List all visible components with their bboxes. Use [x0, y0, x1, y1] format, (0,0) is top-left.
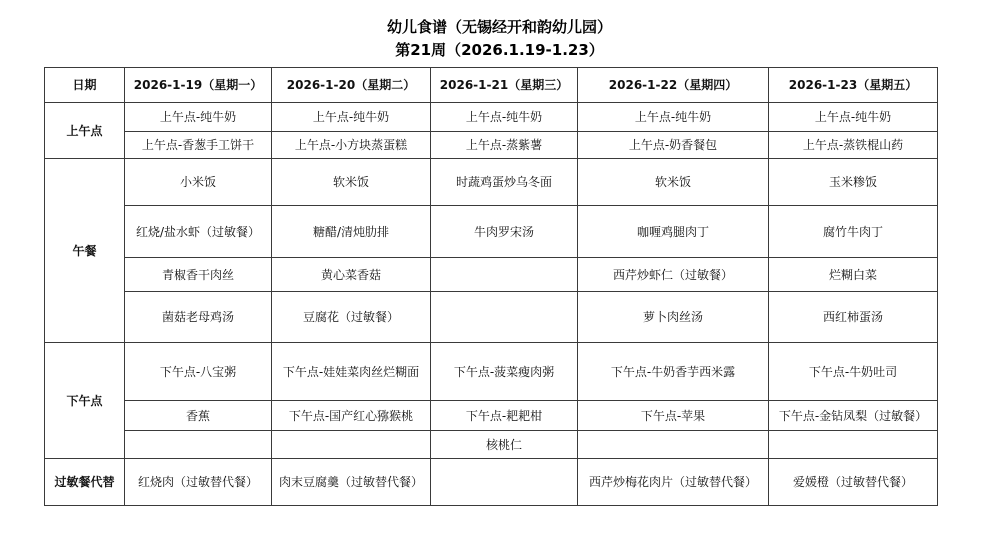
- menu-cell: 下午点-牛奶吐司: [769, 343, 938, 401]
- table-row: 核桃仁: [45, 431, 938, 459]
- day-header-fri: 2026-1-23（星期五）: [769, 68, 938, 103]
- week-subtitle: 第21周（2026.1.19-1.23）: [0, 40, 999, 60]
- menu-cell: [431, 459, 578, 506]
- table-row: 午餐 小米饭 软米饭 时蔬鸡蛋炒乌冬面 软米饭 玉米糁饭: [45, 159, 938, 206]
- menu-cell: 糖醋/清炖肋排: [272, 206, 431, 258]
- menu-cell: 下午点-苹果: [578, 401, 769, 431]
- table-row: 青椒香干肉丝 黄心菜香菇 西芹炒虾仁（过敏餐） 烂糊白菜: [45, 258, 938, 292]
- menu-cell: 西红柿蛋汤: [769, 292, 938, 343]
- date-header: 日期: [45, 68, 125, 103]
- menu-title: 幼儿食谱（无锡经开和韵幼儿园）: [0, 17, 999, 37]
- header-row: 日期 2026-1-19（星期一） 2026-1-20（星期二） 2026-1-…: [45, 68, 938, 103]
- menu-cell: 上午点-纯牛奶: [578, 103, 769, 132]
- menu-cell: 黄心菜香菇: [272, 258, 431, 292]
- day-header-wed: 2026-1-21（星期三）: [431, 68, 578, 103]
- menu-cell: 玉米糁饭: [769, 159, 938, 206]
- menu-cell: 时蔬鸡蛋炒乌冬面: [431, 159, 578, 206]
- menu-cell: 小米饭: [125, 159, 272, 206]
- section-label-allergy-substitute: 过敏餐代替: [45, 459, 125, 506]
- menu-cell: [578, 431, 769, 459]
- menu-cell: [272, 431, 431, 459]
- table-row: 上午点-香葱手工饼干 上午点-小方块蒸蛋糕 上午点-蒸紫薯 上午点-奶香餐包 上…: [45, 132, 938, 159]
- table-row: 红烧/盐水虾（过敏餐） 糖醋/清炖肋排 牛肉罗宋汤 咖喱鸡腿肉丁 腐竹牛肉丁: [45, 206, 938, 258]
- table-row: 菌菇老母鸡汤 豆腐花（过敏餐） 萝卜肉丝汤 西红柿蛋汤: [45, 292, 938, 343]
- menu-cell: 下午点-娃娃菜肉丝烂糊面: [272, 343, 431, 401]
- section-label-afternoon-snack: 下午点: [45, 343, 125, 459]
- weekly-menu-table: 日期 2026-1-19（星期一） 2026-1-20（星期二） 2026-1-…: [44, 67, 938, 506]
- menu-cell: 下午点-八宝粥: [125, 343, 272, 401]
- menu-cell: 肉末豆腐羹（过敏替代餐）: [272, 459, 431, 506]
- menu-cell: 上午点-香葱手工饼干: [125, 132, 272, 159]
- menu-cell: 红烧肉（过敏替代餐）: [125, 459, 272, 506]
- menu-cell: 香蕉: [125, 401, 272, 431]
- menu-cell: 软米饭: [578, 159, 769, 206]
- menu-cell: 上午点-纯牛奶: [125, 103, 272, 132]
- menu-cell: [431, 258, 578, 292]
- section-label-morning-snack: 上午点: [45, 103, 125, 159]
- menu-cell: 下午点-菠菜瘦肉粥: [431, 343, 578, 401]
- menu-cell: 上午点-小方块蒸蛋糕: [272, 132, 431, 159]
- day-header-mon: 2026-1-19（星期一）: [125, 68, 272, 103]
- menu-cell: 爱媛橙（过敏替代餐）: [769, 459, 938, 506]
- menu-cell: 牛肉罗宋汤: [431, 206, 578, 258]
- menu-cell: [431, 292, 578, 343]
- menu-cell: 上午点-奶香餐包: [578, 132, 769, 159]
- menu-cell: [125, 431, 272, 459]
- section-label-lunch: 午餐: [45, 159, 125, 343]
- menu-cell: 红烧/盐水虾（过敏餐）: [125, 206, 272, 258]
- day-header-tue: 2026-1-20（星期二）: [272, 68, 431, 103]
- menu-cell: 腐竹牛肉丁: [769, 206, 938, 258]
- menu-cell: 上午点-蒸铁棍山药: [769, 132, 938, 159]
- table-row: 过敏餐代替 红烧肉（过敏替代餐） 肉末豆腐羹（过敏替代餐） 西芹炒梅花肉片（过敏…: [45, 459, 938, 506]
- menu-cell: 烂糊白菜: [769, 258, 938, 292]
- menu-cell: 萝卜肉丝汤: [578, 292, 769, 343]
- table-row: 上午点 上午点-纯牛奶 上午点-纯牛奶 上午点-纯牛奶 上午点-纯牛奶 上午点-…: [45, 103, 938, 132]
- menu-cell: 上午点-纯牛奶: [769, 103, 938, 132]
- menu-cell: 下午点-耙耙柑: [431, 401, 578, 431]
- menu-cell: 下午点-牛奶香芋西米露: [578, 343, 769, 401]
- menu-cell: 下午点-国产红心猕猴桃: [272, 401, 431, 431]
- menu-cell: 上午点-蒸紫薯: [431, 132, 578, 159]
- menu-cell: [769, 431, 938, 459]
- menu-cell: 菌菇老母鸡汤: [125, 292, 272, 343]
- menu-cell: 上午点-纯牛奶: [431, 103, 578, 132]
- menu-cell: 上午点-纯牛奶: [272, 103, 431, 132]
- menu-cell: 青椒香干肉丝: [125, 258, 272, 292]
- menu-cell: 豆腐花（过敏餐）: [272, 292, 431, 343]
- table-row: 下午点 下午点-八宝粥 下午点-娃娃菜肉丝烂糊面 下午点-菠菜瘦肉粥 下午点-牛…: [45, 343, 938, 401]
- day-header-thu: 2026-1-22（星期四）: [578, 68, 769, 103]
- menu-cell: 软米饭: [272, 159, 431, 206]
- menu-cell: 西芹炒虾仁（过敏餐）: [578, 258, 769, 292]
- menu-cell: 核桃仁: [431, 431, 578, 459]
- menu-cell: 咖喱鸡腿肉丁: [578, 206, 769, 258]
- menu-cell: 下午点-金钻凤梨（过敏餐）: [769, 401, 938, 431]
- table-row: 香蕉 下午点-国产红心猕猴桃 下午点-耙耙柑 下午点-苹果 下午点-金钻凤梨（过…: [45, 401, 938, 431]
- menu-cell: 西芹炒梅花肉片（过敏替代餐）: [578, 459, 769, 506]
